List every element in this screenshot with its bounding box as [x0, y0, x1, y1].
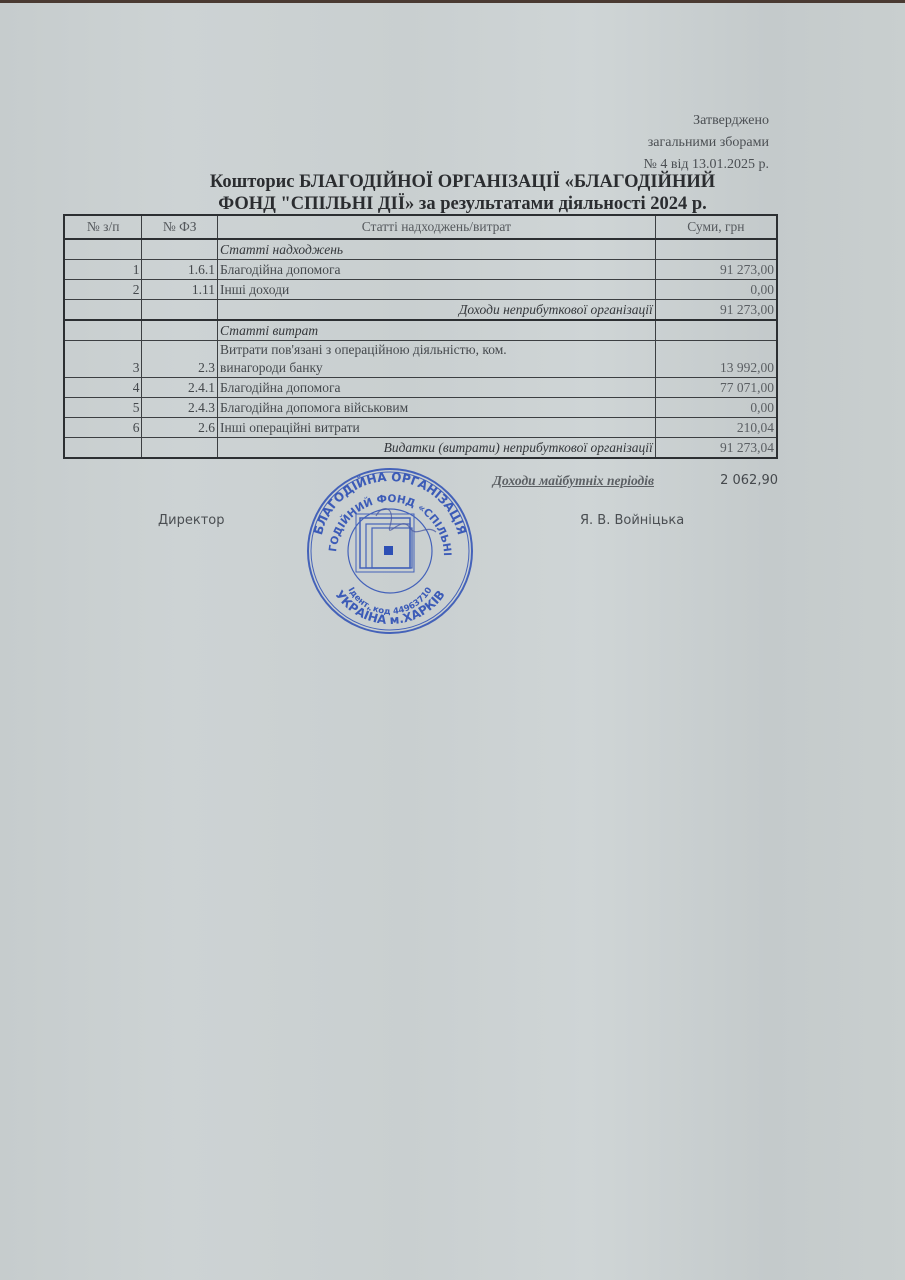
- header-row-number: № з/п: [64, 215, 142, 239]
- expense-total-row: Видатки (витрати) неприбуткової організа…: [64, 438, 777, 459]
- future-income-label: Доходи майбутніх періодів: [493, 473, 654, 489]
- table-row: 6 2.6 Інші операційні витрати 210,04: [64, 418, 777, 438]
- income-total-row: Доходи неприбуткової організації 91 273,…: [64, 300, 777, 321]
- expense-total-label: Видатки (витрати) неприбуткової організа…: [218, 438, 656, 459]
- title-line-2: ФОНД "СПІЛЬНІ ДІЇ» за результатами діяль…: [150, 193, 775, 215]
- expense-section-title: Статті витрат: [218, 320, 656, 341]
- table-row: 4 2.4.1 Благодійна допомога 77 071,00: [64, 378, 777, 398]
- expense-total-value: 91 273,04: [655, 438, 777, 459]
- table-row: 1 1.6.1 Благодійна допомога 91 273,00: [64, 260, 777, 280]
- title-line-1: Кошторис БЛАГОДІЙНОЇ ОРГАНІЗАЦІЇ «БЛАГОД…: [150, 171, 775, 193]
- approval-line-1: Затверджено: [644, 110, 769, 132]
- document-title: Кошторис БЛАГОДІЙНОЇ ОРГАНІЗАЦІЇ «БЛАГОД…: [150, 171, 775, 215]
- table-row: 5 2.4.3 Благодійна допомога військовим 0…: [64, 398, 777, 418]
- signature-position: Директор: [158, 513, 225, 528]
- income-total-label: Доходи неприбуткової організації: [218, 300, 656, 321]
- income-section-title: Статті надходжень: [218, 239, 656, 260]
- income-section-row: Статті надходжень: [64, 239, 777, 260]
- photo-edge: [0, 0, 905, 3]
- expense-section-row: Статті витрат: [64, 320, 777, 341]
- header-amount: Суми, грн: [655, 215, 777, 239]
- approval-line-2: загальними зборами: [644, 132, 769, 154]
- header-code: № ФЗ: [142, 215, 218, 239]
- future-income-value: 2 062,90: [720, 473, 778, 488]
- budget-table: № з/п № ФЗ Статті надходжень/витрат Суми…: [63, 214, 778, 459]
- income-total-value: 91 273,00: [655, 300, 777, 321]
- header-item: Статті надходжень/витрат: [218, 215, 656, 239]
- table-header-row: № з/п № ФЗ Статті надходжень/витрат Суми…: [64, 215, 777, 239]
- signature-name: Я. В. Войніцька: [580, 513, 684, 528]
- approval-block: Затверджено загальними зборами № 4 від 1…: [644, 110, 769, 176]
- table-row: 2 1.11 Інші доходи 0,00: [64, 280, 777, 300]
- organization-stamp-icon: БЛАГОДІЙНА ОРГАНІЗАЦІЯ «БЛАГОДІЙНИЙ ФОНД…: [298, 466, 482, 636]
- table-row: 3 2.3 Витрати пов'язані з операційною ді…: [64, 341, 777, 378]
